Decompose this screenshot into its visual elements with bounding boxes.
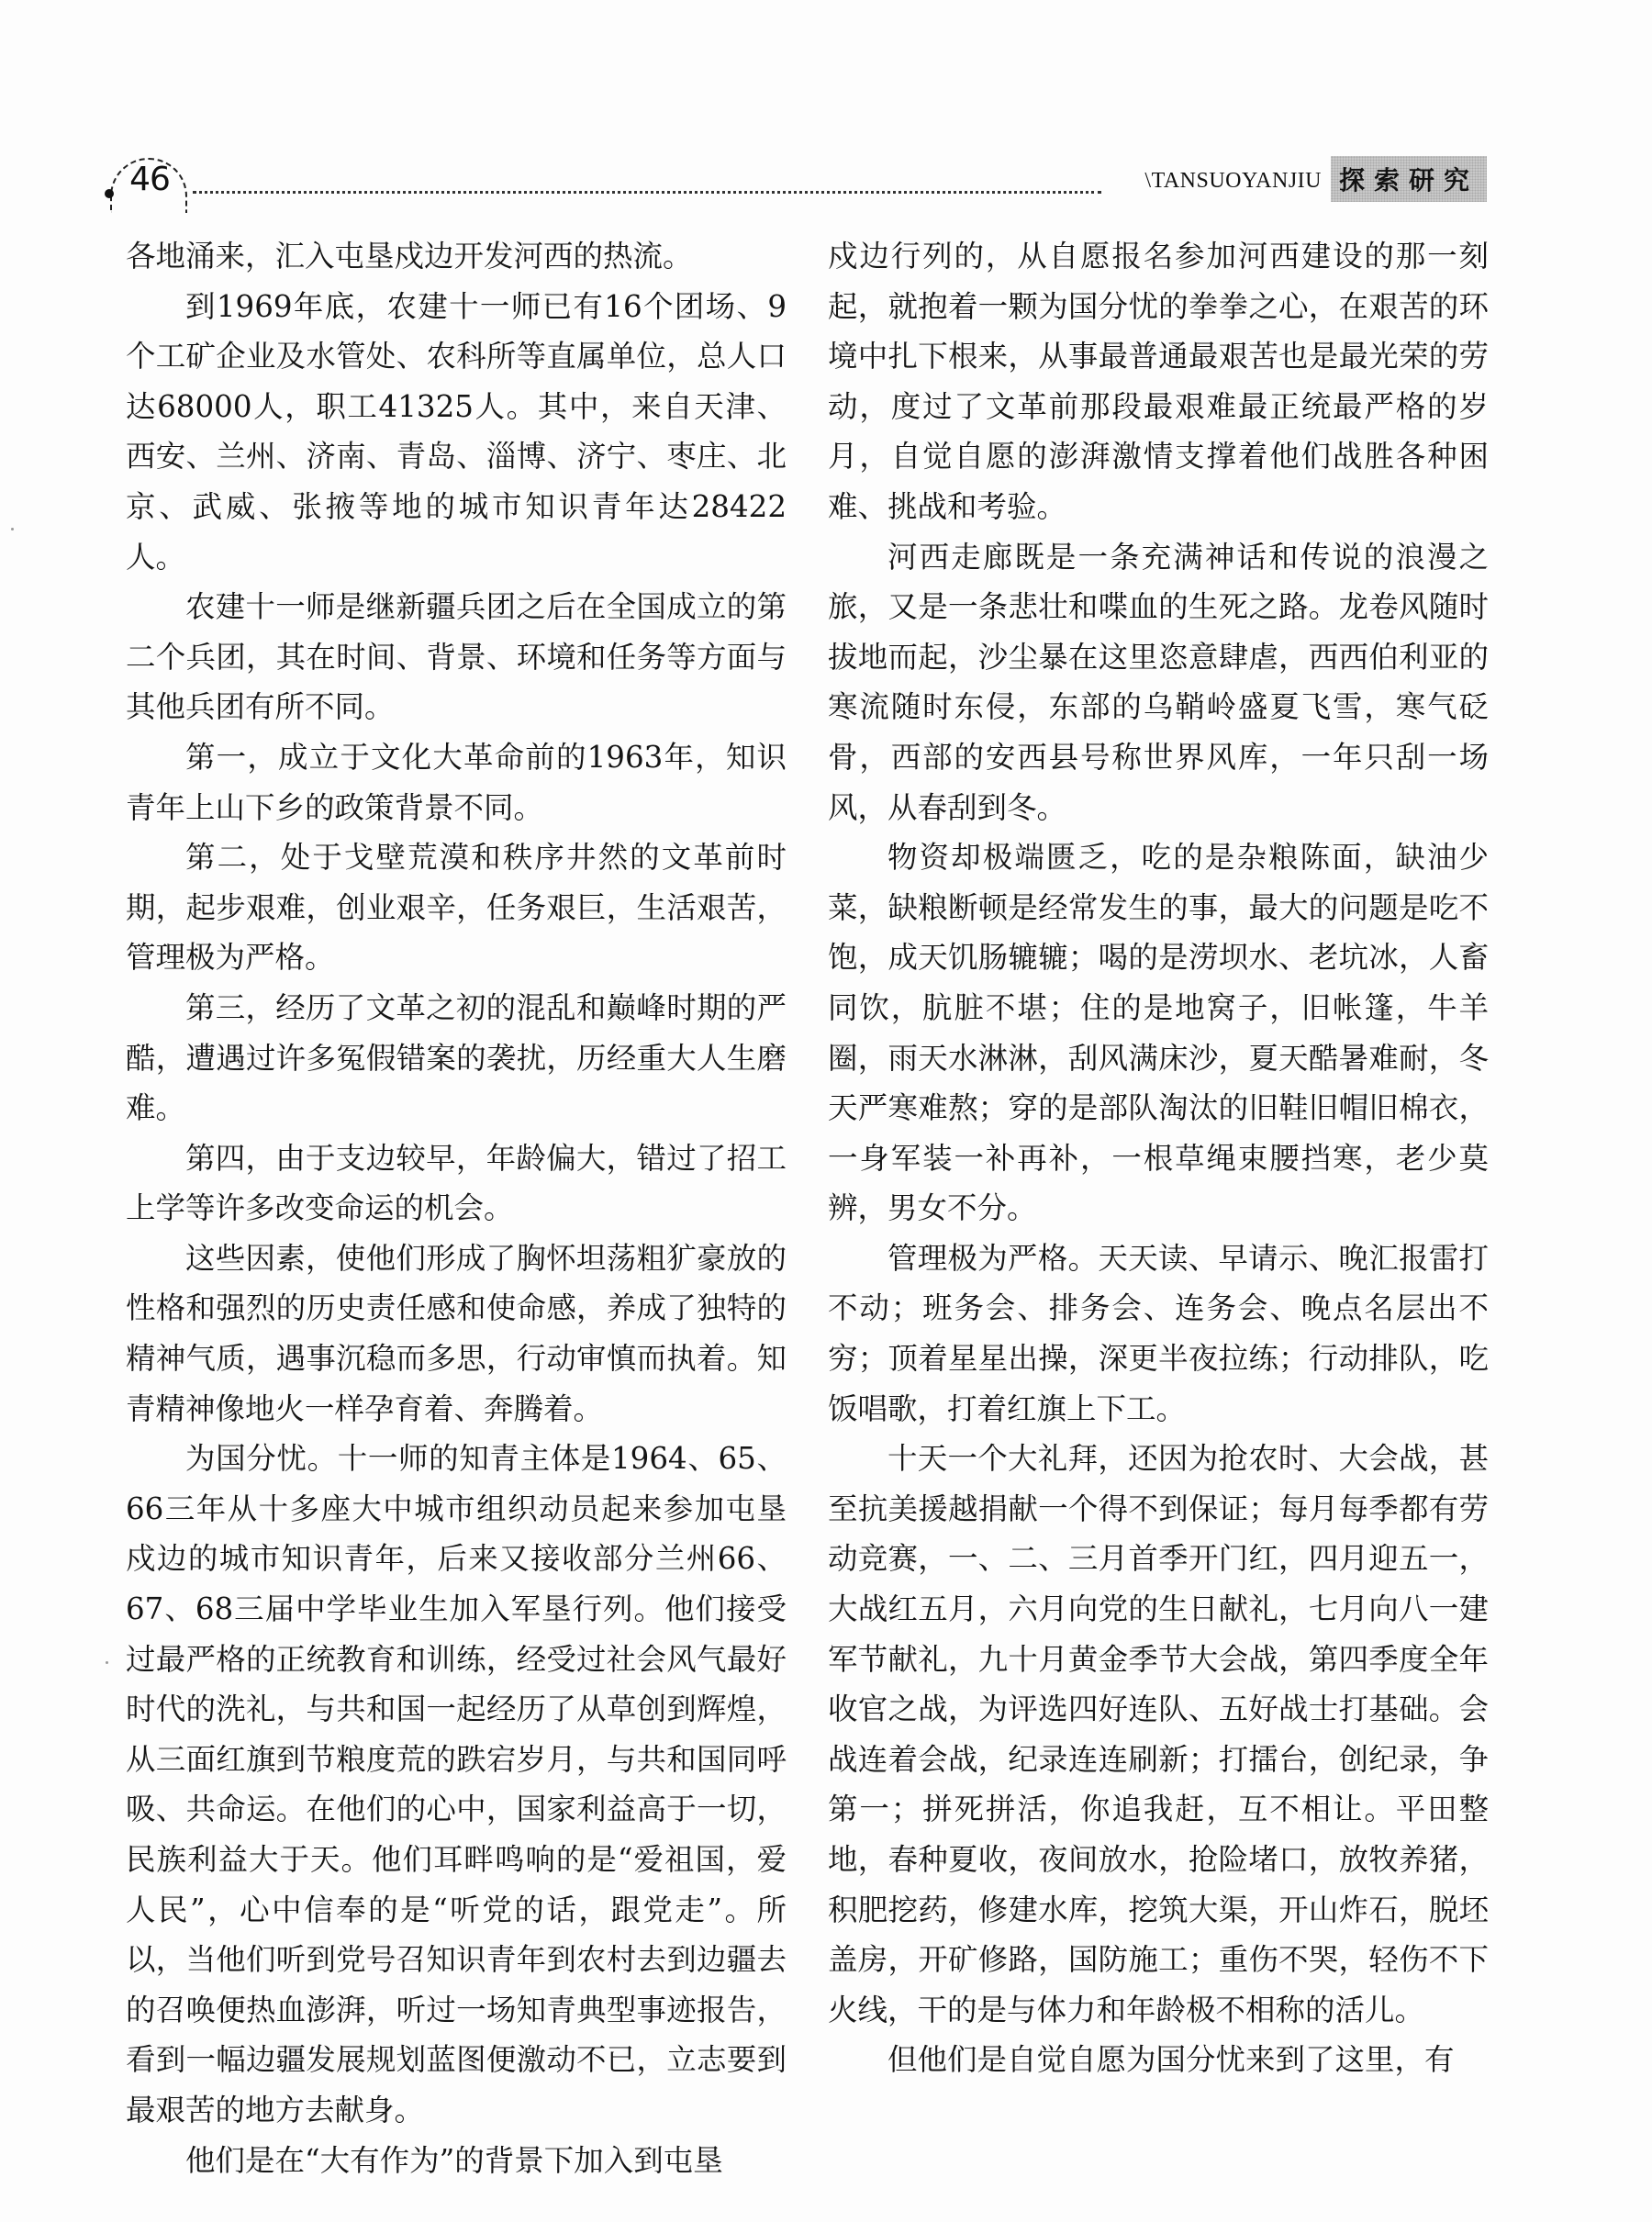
- section-label-box: 探索研究: [1331, 156, 1487, 202]
- dot-ornament-icon: [105, 189, 114, 198]
- paragraph: 物资却极端匮乏，吃的是杂粮陈面，缺油少菜，缺粮断顿是经常发生的事，最大的问题是吃…: [828, 832, 1489, 1234]
- scan-speck: [11, 528, 14, 530]
- paragraph: 第一，成立于文化大革命前的1963年，知识青年上山下乡的政策背景不同。: [126, 732, 787, 832]
- section-pinyin: \TANSUOYANJIU: [1144, 169, 1322, 194]
- right-column: 戍边行列的，从自愿报名参加河西建设的那一刻起，就抱着一颗为国分忧的拳拳之心，在艰…: [828, 231, 1489, 2085]
- paragraph: 到1969年底，农建十一师已有16个团场、9个工矿企业及水管处、农科所等直属单位…: [126, 282, 787, 583]
- paragraph: 河西走廊既是一条充满神话和传说的浪漫之旅，又是一条悲壮和喋血的生死之路。龙卷风随…: [828, 532, 1489, 833]
- section-label: 探索研究: [1339, 161, 1479, 197]
- paragraph: 十天一个大礼拜，还因为抢农时、大会战，甚至抗美援越捐献一个得不到保证；每月每季都…: [828, 1434, 1489, 2035]
- dotted-leader-line: [193, 191, 1101, 194]
- paragraph: 各地涌来，汇入屯垦戍边开发河西的热流。: [126, 231, 787, 282]
- paragraph: 农建十一师是继新疆兵团之后在全国成立的第二个兵团，其在时间、背景、环境和任务等方…: [126, 582, 787, 732]
- magazine-page: 46 \TANSUOYANJIU 探索研究 各地涌来，汇入屯垦戍边开发河西的热流…: [0, 0, 1652, 2222]
- paragraph: 为国分忧。十一师的知青主体是1964、65、66三年从十多座大中城市组织动员起来…: [126, 1434, 787, 2135]
- paragraph: 他们是在“大有作为”的背景下加入到屯垦: [126, 2136, 787, 2186]
- page-header: 46 \TANSUOYANJIU 探索研究: [101, 156, 1487, 202]
- scan-speck: [106, 1661, 108, 1664]
- page-number: 46: [117, 160, 182, 200]
- left-column: 各地涌来，汇入屯垦戍边开发河西的热流。 到1969年底，农建十一师已有16个团场…: [126, 231, 787, 2185]
- paragraph: 第二，处于戈壁荒漠和秩序井然的文革前时期，起步艰难，创业艰辛，任务艰巨，生活艰苦…: [126, 832, 787, 983]
- paragraph: 第四，由于支边较早，年龄偏大，错过了招工上学等许多改变命运的机会。: [126, 1133, 787, 1234]
- paragraph: 管理极为严格。天天读、早请示、晚汇报雷打不动；班务会、排务会、连务会、晚点名层出…: [828, 1234, 1489, 1434]
- paragraph: 第三，经历了文革之初的混乱和巅峰时期的严酷，遭遇过许多冤假错案的袭扰，历经重大人…: [126, 983, 787, 1133]
- paragraph: 戍边行列的，从自愿报名参加河西建设的那一刻起，就抱着一颗为国分忧的拳拳之心，在艰…: [828, 231, 1489, 532]
- page-number-badge: 46: [101, 156, 193, 202]
- paragraph: 这些因素，使他们形成了胸怀坦荡粗犷豪放的性格和强烈的历史责任感和使命感，养成了独…: [126, 1234, 787, 1434]
- paragraph: 但他们是自觉自愿为国分忧来到了这里，有: [828, 2035, 1489, 2085]
